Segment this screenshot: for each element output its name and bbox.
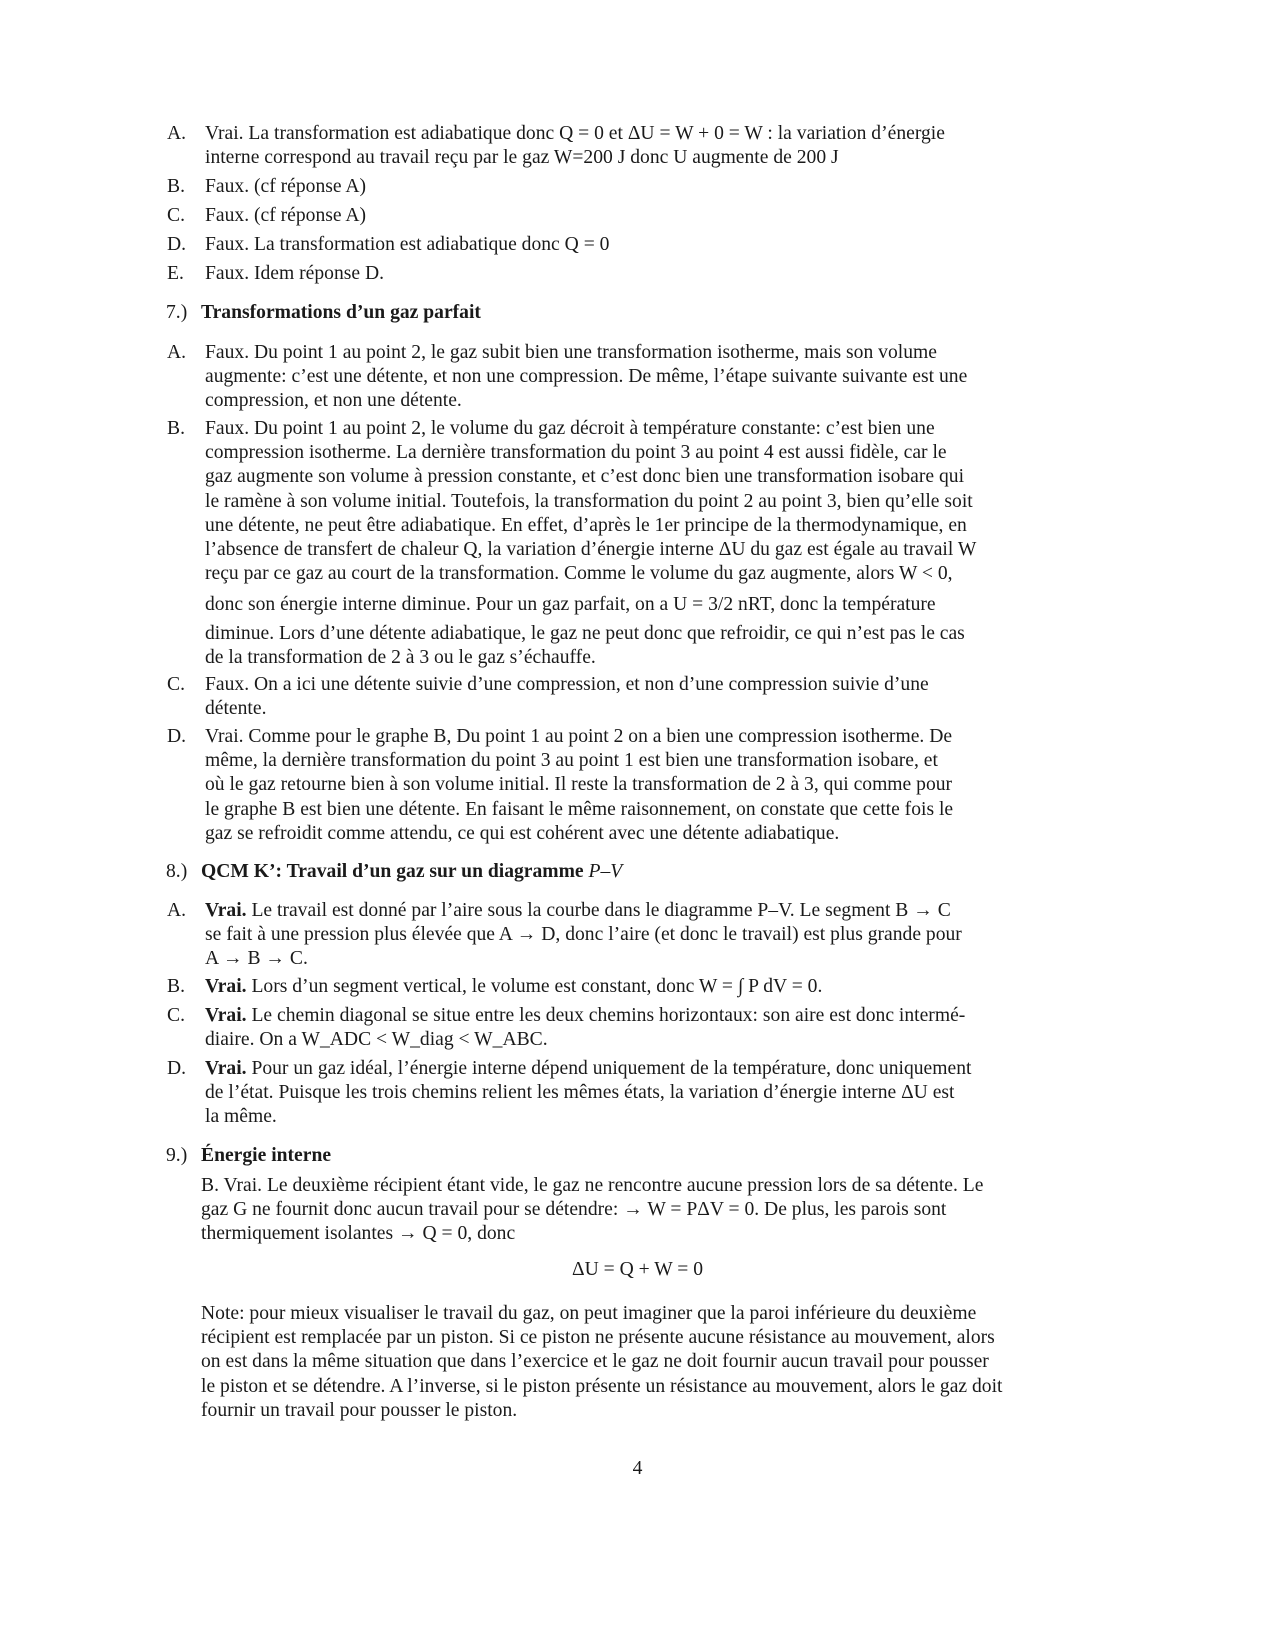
- section-number: 8.): [166, 860, 201, 884]
- answer-label: B.: [167, 417, 201, 441]
- answer-line: augmente: c’est une détente, et non une …: [205, 365, 1130, 389]
- verdict: Vrai.: [205, 976, 247, 997]
- answer-item-prev-a: A. Vrai. La transformation est adiabatiq…: [205, 122, 1130, 170]
- section-heading-7: 7.)Transformations d’un gaz parfait: [166, 301, 481, 325]
- answer-line: Vrai. La transformation est adiabatique …: [205, 122, 1130, 146]
- answer-item-7d: D. Vrai. Comme pour le graphe B, Du poin…: [205, 725, 1130, 846]
- answer-line: Vrai. Lors d’un segment vertical, le vol…: [205, 975, 1130, 999]
- answer-text: Le travail est donné par l’aire sous la …: [251, 900, 950, 921]
- answer-line: Vrai. Le chemin diagonal se situe entre …: [205, 1004, 1130, 1028]
- answer-line: de l’état. Puisque les trois chemins rel…: [205, 1081, 1130, 1105]
- answer-item-prev-b: B. Faux. (cf réponse A): [205, 175, 1130, 199]
- section-title: Énergie interne: [201, 1145, 331, 1166]
- paragraph-line: thermiquement isolantes → Q = 0, donc: [201, 1222, 1130, 1246]
- answer-line: diminue. Lors d’une détente adiabatique,…: [205, 622, 1130, 646]
- answer-label: C.: [167, 1004, 201, 1028]
- section-title: QCM K’: Travail d’un gaz sur un diagramm…: [201, 861, 584, 882]
- answer-item-8b: B. Vrai. Lors d’un segment vertical, le …: [205, 975, 1130, 999]
- answer-line: interne correspond au travail reçu par l…: [205, 146, 1130, 170]
- answer-item-prev-e: E. Faux. Idem réponse D.: [205, 262, 1130, 286]
- answer-text: Pour un gaz idéal, l’énergie interne dép…: [251, 1058, 971, 1079]
- paragraph-line: gaz G ne fournit donc aucun travail pour…: [201, 1198, 1130, 1222]
- answer-label: D.: [167, 725, 201, 749]
- paragraph-line: le piston et se détendre. A l’inverse, s…: [201, 1375, 1130, 1399]
- answer-label: D.: [167, 233, 201, 257]
- answer-line: compression isotherme. La dernière trans…: [205, 441, 1130, 465]
- answer-text: Le chemin diagonal se situe entre les de…: [251, 1005, 965, 1026]
- section-title: Transformations d’un gaz parfait: [201, 302, 481, 323]
- answer-item-8d: D. Vrai. Pour un gaz idéal, l’énergie in…: [205, 1057, 1130, 1130]
- paragraph-line: fournir un travail pour pousser le pisto…: [201, 1399, 1130, 1423]
- section-heading-8: 8.)QCM K’: Travail d’un gaz sur un diagr…: [166, 860, 622, 884]
- answer-line: gaz augmente son volume à pression const…: [205, 465, 1130, 489]
- answer-line: le graphe B est bien une détente. En fai…: [205, 798, 1130, 822]
- answer-line: une détente, ne peut être adiabatique. E…: [205, 514, 1130, 538]
- note-paragraph: Note: pour mieux visualiser le travail d…: [201, 1302, 1130, 1423]
- answer-line: Faux. La transformation est adiabatique …: [205, 233, 1130, 257]
- paragraph-line: Note: pour mieux visualiser le travail d…: [201, 1302, 1130, 1326]
- answer-line: se fait à une pression plus élevée que A…: [205, 923, 1130, 947]
- verdict: Vrai.: [205, 900, 247, 921]
- paragraph-line: B. Vrai. Le deuxième récipient étant vid…: [201, 1174, 1130, 1198]
- verdict: Vrai.: [205, 1005, 247, 1026]
- display-equation: ΔU = Q + W = 0: [0, 1258, 1275, 1282]
- answer-line: donc son énergie interne diminue. Pour u…: [205, 593, 1130, 617]
- section-number: 7.): [166, 301, 201, 325]
- answer-line: Faux. On a ici une détente suivie d’une …: [205, 673, 1130, 697]
- answer-paragraph-9: B. Vrai. Le deuxième récipient étant vid…: [201, 1174, 1130, 1247]
- answer-line: Vrai. Le travail est donné par l’aire so…: [205, 899, 1130, 923]
- answer-line: A → B → C.: [205, 947, 1130, 971]
- answer-line: reçu par ce gaz au court de la transform…: [205, 562, 1130, 586]
- answer-line: Vrai. Comme pour le graphe B, Du point 1…: [205, 725, 1130, 749]
- answer-label: C.: [167, 673, 201, 697]
- section-number: 9.): [166, 1144, 201, 1168]
- answer-item-8c: C. Vrai. Le chemin diagonal se situe ent…: [205, 1004, 1130, 1052]
- answer-line: où le gaz retourne bien à son volume ini…: [205, 773, 1130, 797]
- answer-line: le ramène à son volume initial. Toutefoi…: [205, 490, 1130, 514]
- answer-line: de la transformation de 2 à 3 ou le gaz …: [205, 646, 1130, 670]
- paragraph-line: récipient est remplacée par un piston. S…: [201, 1326, 1130, 1350]
- answer-label: A.: [167, 899, 201, 923]
- answer-item-7c: C. Faux. On a ici une détente suivie d’u…: [205, 673, 1130, 721]
- answer-line: Faux. (cf réponse A): [205, 204, 1130, 228]
- answer-line: Faux. (cf réponse A): [205, 175, 1130, 199]
- answer-label: A.: [167, 341, 201, 365]
- answer-item-8a: A. Vrai. Le travail est donné par l’aire…: [205, 899, 1130, 972]
- answer-line: la même.: [205, 1105, 1130, 1129]
- answer-line: gaz se refroidit comme attendu, ce qui e…: [205, 822, 1130, 846]
- verdict: Vrai.: [205, 1058, 247, 1079]
- answer-line: l’absence de transfert de chaleur Q, la …: [205, 538, 1130, 562]
- section-heading-9: 9.)Énergie interne: [166, 1144, 331, 1168]
- answer-item-prev-d: D. Faux. La transformation est adiabatiq…: [205, 233, 1130, 257]
- answer-line: Faux. Idem réponse D.: [205, 262, 1130, 286]
- answer-text: Lors d’un segment vertical, le volume es…: [251, 976, 822, 997]
- document-page: A. Vrai. La transformation est adiabatiq…: [0, 0, 1275, 1650]
- answer-line: même, la dernière transformation du poin…: [205, 749, 1130, 773]
- answer-item-7a: A. Faux. Du point 1 au point 2, le gaz s…: [205, 341, 1130, 414]
- answer-line: détente.: [205, 697, 1130, 721]
- answer-label: B.: [167, 175, 201, 199]
- paragraph-line: on est dans la même situation que dans l…: [201, 1350, 1130, 1374]
- answer-line: Faux. Du point 1 au point 2, le gaz subi…: [205, 341, 1130, 365]
- page-number: 4: [0, 1457, 1275, 1481]
- answer-item-7b: B. Faux. Du point 1 au point 2, le volum…: [205, 417, 1130, 670]
- section-title-math: P–V: [589, 861, 623, 882]
- answer-line: diaire. On a W_ADC < W_diag < W_ABC.: [205, 1028, 1130, 1052]
- answer-label: A.: [167, 122, 201, 146]
- answer-line: compression, et non une détente.: [205, 389, 1130, 413]
- answer-label: D.: [167, 1057, 201, 1081]
- answer-label: E.: [167, 262, 201, 286]
- answer-item-prev-c: C. Faux. (cf réponse A): [205, 204, 1130, 228]
- answer-line: Faux. Du point 1 au point 2, le volume d…: [205, 417, 1130, 441]
- answer-label: C.: [167, 204, 201, 228]
- answer-line: Vrai. Pour un gaz idéal, l’énergie inter…: [205, 1057, 1130, 1081]
- answer-label: B.: [167, 975, 201, 999]
